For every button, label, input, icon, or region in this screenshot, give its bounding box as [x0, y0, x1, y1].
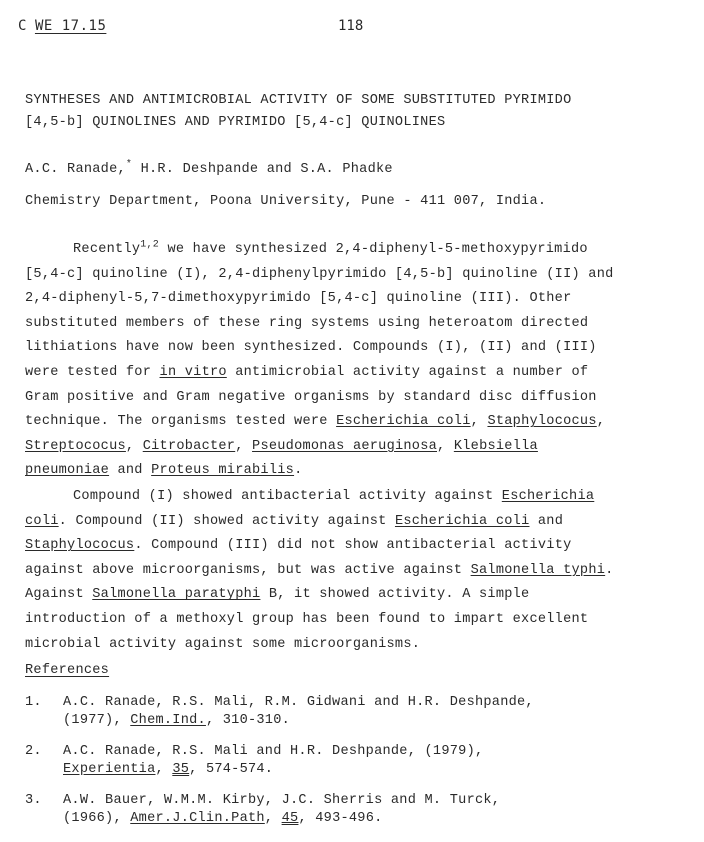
document-page: CWE 17.15 118 SYNTHESES AND ANTIMICROBIA… [0, 0, 704, 842]
affiliation: Chemistry Department, Poona University, … [25, 194, 546, 209]
title-line-2: [4,5-b] QUINOLINES AND PYRIMIDO [5,4-c] … [25, 112, 572, 134]
reference-item: 2.A.C. Ranade, R.S. Mali and H.R. Deshpa… [25, 743, 483, 779]
citation-marks: 1,2 [140, 239, 159, 250]
reference-item: 1.A.C. Ranade, R.S. Mali, R.M. Gidwani a… [25, 694, 534, 730]
paragraph-2: Compound (I) showed antibacterial activi… [25, 485, 614, 657]
header-code: WE 17.15 [35, 18, 106, 34]
document-code: CWE 17.15 [18, 18, 106, 34]
paragraph-1: Recently1,2 we have synthesized 2,4-diph… [25, 238, 614, 484]
authors: A.C. Ranade,* H.R. Deshpande and S.A. Ph… [25, 162, 393, 177]
page-number: 118 [338, 18, 363, 34]
title-line-1: SYNTHESES AND ANTIMICROBIAL ACTIVITY OF … [25, 90, 572, 112]
references-heading: References [25, 663, 109, 678]
paper-title: SYNTHESES AND ANTIMICROBIAL ACTIVITY OF … [25, 90, 572, 134]
reference-item: 3.A.W. Bauer, W.M.M. Kirby, J.C. Sherris… [25, 792, 500, 828]
header-prefix: C [18, 18, 27, 34]
